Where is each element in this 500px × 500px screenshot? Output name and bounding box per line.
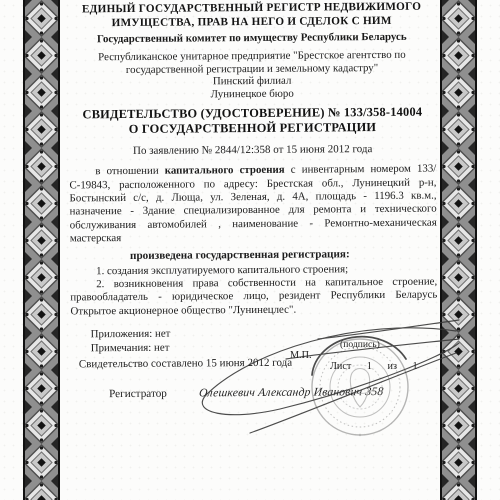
committee-line: Государственный комитет по имуществу Рес…	[68, 31, 435, 46]
subject-prefix: в отношении	[95, 165, 165, 178]
sheet-counter: Лист 1 из 1	[330, 361, 418, 372]
subject-paragraph: в отношении капитального строения с инве…	[69, 163, 437, 246]
subject-object-bold: капитального строения	[165, 164, 285, 177]
certificate-page: ЕДИНЫЙ ГОСУДАРСТВЕННЫЙ РЕГИСТР НЕДВИЖИМО…	[0, 0, 500, 500]
seal-mark: М.П.	[290, 350, 312, 361]
document-body: ЕДИНЫЙ ГОСУДАРСТВЕННЫЙ РЕГИСТР НЕДВИЖИМО…	[68, 1, 438, 401]
registrar-label: Регистратор	[109, 388, 167, 400]
registry-title: ЕДИНЫЙ ГОСУДАРСТВЕННЫЙ РЕГИСТР НЕДВИЖИМО…	[68, 1, 435, 31]
right-border-ornament	[440, 0, 477, 500]
registration-item-2: 2. возникновения права собственности на …	[70, 276, 437, 319]
signature-caption: (подпись)	[340, 339, 380, 350]
attachments-line: Приложения: нет	[91, 326, 438, 341]
certificate-title-line2: О ГОСУДАРСТВЕННОЙ РЕГИСТРАЦИИ	[69, 119, 436, 136]
registry-title-line2: ИМУЩЕСТВА, ПРАВ НА НЕГО И СДЕЛОК С НИМ	[68, 14, 435, 30]
right-border-pattern	[440, 0, 477, 500]
certificate-title-line1: СВИДЕТЕЛЬСТВО (УДОСТОВЕРЕНИЕ) № 133/358-…	[69, 105, 436, 122]
left-border-pattern	[23, 0, 60, 500]
certificate-title: СВИДЕТЕЛЬСТВО (УДОСТОВЕРЕНИЕ) № 133/358-…	[69, 105, 436, 137]
enterprise-name: Республиканское унитарное предприятие "Б…	[68, 49, 435, 77]
bureau-line: Лунинецкое бюро	[69, 86, 436, 101]
notes-line: Примечания: нет	[91, 340, 438, 355]
left-border-ornament	[23, 0, 60, 500]
application-line: По заявлению № 2844/12:358 от 15 июня 20…	[69, 143, 436, 158]
registrar-signature-name: Олешкевич Александр Иванович 358	[198, 385, 384, 399]
registrar-row: Регистратор Олешкевич Александр Иванович…	[71, 385, 438, 401]
registration-heading: произведена государственная регистрация:	[70, 248, 437, 263]
